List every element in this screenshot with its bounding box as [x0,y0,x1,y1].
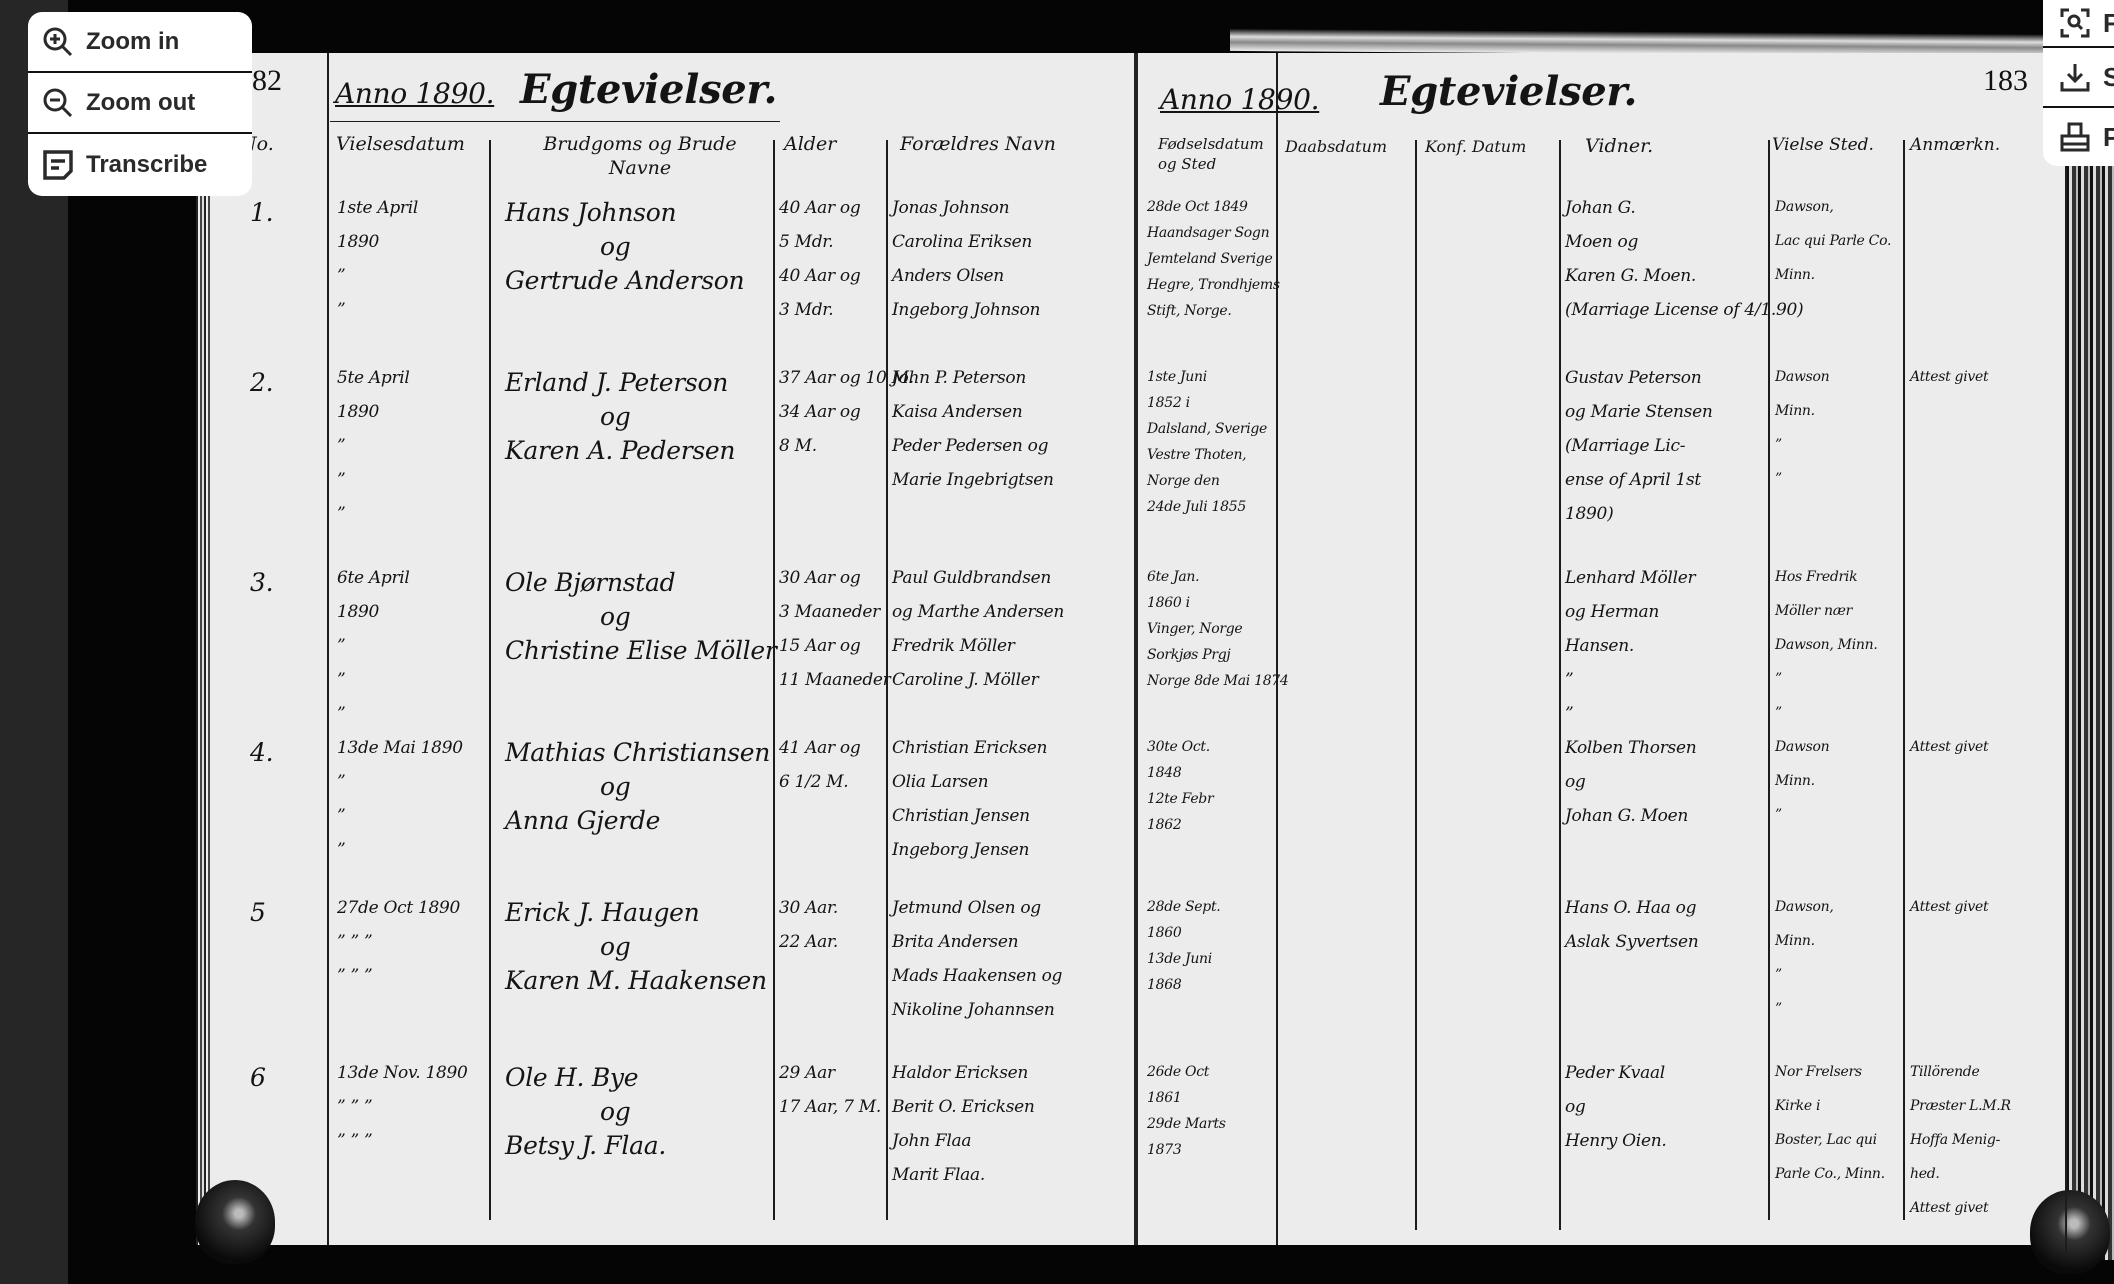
entry-names-line: og [600,234,630,259]
entry-remarks-line: Attest givet [1910,740,1988,754]
entry-remarks-line: Attest givet [1910,900,1988,914]
right-page-edge [2066,160,2114,1260]
entry-parents-line: Nikoline Johannsen [892,1002,1055,1019]
entry-birth-line: 1ste Juni [1147,370,1207,384]
column-divider [327,53,329,1245]
entry-names-line: Karen M. Haakensen [505,968,767,993]
entry-place-line: Minn. [1775,404,1815,418]
column-divider [489,140,491,1220]
entry-place-line: Möller nær [1775,604,1852,618]
header-parents: Forældres Navn [900,133,1056,155]
entry-witnesses-line: ” [1565,672,1573,689]
entry-place-line: ” [1775,472,1782,486]
print-icon [2059,121,2091,153]
entry-ages-line: 3 Mdr. [779,302,833,319]
page-clip-right [2030,1190,2110,1274]
entry-birth-line: Vinger, Norge [1147,622,1242,636]
entry-birth-line: Hegre, Trondhjems [1147,278,1280,292]
transcribe-label: Transcribe [86,151,207,179]
entry-birth-line: 26de Oct [1147,1065,1209,1079]
zoom-in-label: Zoom in [86,28,179,56]
entry-place-line: Lac qui Parle Co. [1775,234,1891,248]
column-divider [1276,53,1278,1245]
entry-place-line: ” [1775,808,1782,822]
header-confirmation: Konf. Datum [1425,137,1526,156]
entry-witnesses-line: Gustav Peterson [1565,370,1701,387]
entry-date-line: ” [337,774,345,791]
entry-date-line: ” ” ” [337,1133,372,1150]
entry-place-line: Minn. [1775,934,1815,948]
entry-names-line: Christine Elise Möller [505,638,777,663]
entry-date-line: ” [337,706,345,723]
page-title-right: Egtevielser. [1380,72,1637,112]
entry-date-line: ” [337,302,345,319]
title-year-left: Anno 1890. [335,80,494,108]
entry-ages-line: 15 Aar og [779,638,860,655]
entry-date-line: ” [337,438,345,455]
entry-parents-line: Caroline J. Möller [892,672,1038,689]
entry-place-line: Boster, Lac qui [1775,1133,1877,1147]
entry-witnesses-line: og Herman [1565,604,1659,621]
entry-witnesses-line: (Marriage Lic- [1565,438,1685,455]
viewer-actions-menu: F S P [2043,0,2114,166]
entry-place-line: Parle Co., Minn. [1775,1167,1885,1181]
entry-date-line: ” [337,268,345,285]
entry-parents-line: Paul Guldbrandsen [892,570,1051,587]
entry-witnesses-line: Johan G. Moen [1565,808,1688,825]
entry-date-line: ” [337,472,345,489]
entry-witnesses-line: Peder Kvaal [1565,1065,1665,1082]
entry-birth-line: 1861 [1147,1091,1181,1105]
viewer-tools-menu: Zoom in Zoom out Transcribe [28,12,252,196]
entry-date-line: ” [337,638,345,655]
entry-witnesses-line: Hansen. [1565,638,1634,655]
entry-names-line: og [600,774,630,799]
entry-witnesses-line: og Marie Stensen [1565,404,1713,421]
entry-place-line: ” [1775,968,1782,982]
page-clip-left [195,1180,275,1264]
entry-parents-line: og Marthe Andersen [892,604,1064,621]
entry-date-line: 1890 [337,234,379,251]
entry-parents-line: Carolina Eriksen [892,234,1032,251]
zoom-out-label: Zoom out [86,89,195,117]
fullscreen-label: F [2103,8,2114,39]
entry-date-line: 13de Nov. 1890 [337,1065,468,1082]
entry-ages-line: 8 M. [779,438,817,455]
entry-birth-line: 12te Febr [1147,792,1213,806]
entry-ages-line: 40 Aar og [779,268,860,285]
entry-parents-line: Marie Ingebrigtsen [892,472,1054,489]
entry-witnesses-line: (Marriage License of 4/1.90) [1565,302,1803,319]
entry-witnesses-line: 1890) [1565,506,1613,523]
entry-place-line: Dawson [1775,740,1829,754]
entry-parents-line: John P. Peterson [892,370,1026,387]
header-vielsesdatum: Vielsesdatum [336,133,465,155]
entry-birth-line: 28de Sept. [1147,900,1220,914]
entry-parents-line: Christian Ericksen [892,740,1047,757]
entry-date-line: 27de Oct 1890 [337,900,460,917]
entry-ages-line: 30 Aar og [779,570,860,587]
entry-date-line: 5te April [337,370,410,387]
entry-parents-line: Mads Haakensen og [892,968,1062,985]
entry-names-line: Ole Bjørnstad [505,570,675,595]
entry-place-line: Dawson, [1775,900,1834,914]
header-alder: Alder [784,133,836,155]
entry-parents-line: Anders Olsen [892,268,1004,285]
entry-number: 5 [250,900,266,925]
download-icon [2059,61,2091,93]
entry-birth-line: 1862 [1147,818,1181,832]
entry-place-line: Nor Frelsers [1775,1065,1862,1079]
print-button[interactable]: P [2043,108,2114,166]
entry-parents-line: John Flaa [892,1133,971,1150]
entry-remarks-line: hed. [1910,1167,1940,1181]
entry-parents-line: Haldor Ericksen [892,1065,1028,1082]
entry-parents-line: Kaisa Andersen [892,404,1022,421]
page-title-left: Egtevielser. [520,70,777,110]
zoom-out-icon [42,87,74,119]
entry-number: 2. [250,370,273,395]
entry-parents-line: Jonas Johnson [892,200,1009,217]
entry-place-line: Hos Fredrik [1775,570,1857,584]
entry-names-line: Erland J. Peterson [505,370,728,395]
ledger-book-image[interactable]: 82 Anno 1890. Egtevielser. No. Vielsesda… [0,0,2114,1284]
entry-birth-line: 24de Juli 1855 [1147,500,1246,514]
header-baptism: Daabsdatum [1285,137,1387,156]
transcribe-icon [42,149,74,181]
entry-parents-line: Ingeborg Johnson [892,302,1040,319]
header-remarks: Anmærkn. [1910,135,2000,155]
entry-witnesses-line: og [1565,774,1586,791]
entry-birth-line: 30te Oct. [1147,740,1210,754]
entry-ages-line: 34 Aar og [779,404,860,421]
entry-witnesses-line: Lenhard Möller [1565,570,1695,587]
entry-place-line: Dawson, Minn. [1775,638,1877,652]
entry-remarks-line: Attest givet [1910,370,1988,384]
entry-ages-line: 41 Aar og [779,740,860,757]
entry-names-line: Karen A. Pedersen [505,438,735,463]
entry-remarks-line: Attest givet [1910,1201,1988,1215]
entry-number: 6 [250,1065,266,1090]
entry-ages-line: 6 1/2 M. [779,774,848,791]
entry-date-line: 13de Mai 1890 [337,740,463,757]
entry-place-line: ” [1775,706,1782,720]
entry-date-line: 1ste April [337,200,418,217]
entry-birth-line: 1873 [1147,1143,1181,1157]
entry-date-line: ” [337,808,345,825]
entry-date-line: 1890 [337,604,379,621]
left-page-edge [196,53,210,1245]
entry-place-line: ” [1775,672,1782,686]
column-divider [773,140,775,1220]
column-divider [1559,140,1561,1230]
entry-names-line: Hans Johnson [505,200,676,225]
entry-names-line: Anna Gjerde [505,808,660,833]
entry-witnesses-line: ense of April 1st [1565,472,1701,489]
entry-names-line: Mathias Christiansen [505,740,770,765]
save-button[interactable]: S [2043,48,2114,108]
entry-date-line: ” ” ” [337,934,372,951]
entry-number: 3. [250,570,273,595]
entry-witnesses-line: Moen og [1565,234,1638,251]
entry-parents-line: Christian Jensen [892,808,1030,825]
header-birth: Fødselsdatum og Sted [1158,135,1274,174]
entry-birth-line: Vestre Thoten, [1147,448,1246,462]
entry-date-line: 6te April [337,570,410,587]
entry-witnesses-line: Johan G. [1565,200,1635,217]
entry-ages-line: 17 Aar, 7 M. [779,1099,881,1116]
entry-birth-line: 1868 [1147,978,1181,992]
entry-parents-line: Peder Pedersen og [892,438,1048,455]
entry-ages-line: 22 Aar. [779,934,838,951]
entry-witnesses-line: ” [1565,706,1573,723]
entry-birth-line: 6te Jan. [1147,570,1199,584]
entry-place-line: Minn. [1775,268,1815,282]
entry-ages-line: 30 Aar. [779,900,838,917]
transcribe-button[interactable]: Transcribe [28,134,252,195]
entry-witnesses-line: Henry Oien. [1565,1133,1666,1150]
entry-birth-line: 13de Juni [1147,952,1212,966]
header-witnesses: Vidner. [1585,135,1653,157]
entry-names-line: og [600,404,630,429]
entry-parents-line: Marit Flaa. [892,1167,985,1184]
entry-witnesses-line: og [1565,1099,1586,1116]
entry-place-line: ” [1775,1002,1782,1016]
entry-witnesses-line: Karen G. Moen. [1565,268,1696,285]
entry-names-line: Betsy J. Flaa. [505,1133,666,1158]
zoom-out-button[interactable]: Zoom out [28,73,252,134]
entry-remarks-line: Tillörende [1910,1065,1979,1079]
entry-ages-line: 40 Aar og [779,200,860,217]
entry-birth-line: 1852 i [1147,396,1190,410]
entry-witnesses-line: Kolben Thorsen [1565,740,1696,757]
entry-names-line: og [600,934,630,959]
header-names: Brudgoms og Brude Navne [515,133,765,181]
column-divider [1415,140,1417,1230]
entry-date-line: ” ” ” [337,1099,372,1116]
entry-ages-line: 11 Maaneder [779,672,891,689]
entry-birth-line: 1860 i [1147,596,1190,610]
entry-birth-line: 1860 [1147,926,1181,940]
entry-parents-line: Berit O. Ericksen [892,1099,1035,1116]
entry-names-line: Erick J. Haugen [505,900,699,925]
entry-witnesses-line: Aslak Syvertsen [1565,934,1698,951]
entry-birth-line: Norge den [1147,474,1220,488]
title-year-right: Anno 1890. [1160,86,1319,114]
entry-date-line: ” ” ” [337,968,372,985]
entry-place-line: ” [1775,438,1782,452]
entry-date-line: ” [337,506,345,523]
entry-remarks-line: Præster L.M.R [1910,1099,2011,1113]
entry-birth-line: Norge 8de Mai 1874 [1147,674,1289,688]
entry-parents-line: Jetmund Olsen og [892,900,1041,917]
entry-names-line: og [600,604,630,629]
page-number-left: 82 [252,64,282,98]
fullscreen-search-icon [2059,7,2091,39]
entry-ages-line: 5 Mdr. [779,234,833,251]
fullscreen-button[interactable]: F [2043,0,2114,48]
title-underline [330,121,780,122]
entry-birth-line: Dalsland, Sverige [1147,422,1267,436]
page-number-right: 183 [1983,64,2028,98]
column-divider [1903,140,1905,1220]
entry-remarks-line: Hoffa Menig- [1910,1133,2000,1147]
entry-number: 1. [250,200,273,225]
entry-place-line: Minn. [1775,774,1815,788]
entry-date-line: ” [337,672,345,689]
entry-birth-line: Jemteland Sverige [1147,252,1272,266]
save-label: S [2103,62,2114,93]
entry-birth-line: Stift, Norge. [1147,304,1232,318]
entry-date-line: ” [337,842,345,859]
zoom-in-icon [42,26,74,58]
entry-names-line: Ole H. Bye [505,1065,638,1090]
book-gutter [1134,53,1138,1245]
entry-ages-line: 29 Aar [779,1065,835,1082]
zoom-in-button[interactable]: Zoom in [28,12,252,73]
entry-birth-line: 29de Marts [1147,1117,1226,1131]
print-label: P [2103,122,2114,153]
entry-place-line: Dawson [1775,370,1829,384]
entry-number: 4. [250,740,273,765]
header-place: Vielse Sted. [1772,135,1874,155]
entry-parents-line: Fredrik Möller [892,638,1015,655]
entry-parents-line: Olia Larsen [892,774,988,791]
entry-birth-line: 28de Oct 1849 [1147,200,1248,214]
entry-parents-line: Ingeborg Jensen [892,842,1029,859]
column-divider [2065,53,2067,1253]
entry-birth-line: Sorkjøs Prgj [1147,648,1230,662]
entry-witnesses-line: Hans O. Haa og [1565,900,1696,917]
entry-parents-line: Brita Andersen [892,934,1018,951]
entry-place-line: Dawson, [1775,200,1834,214]
entry-place-line: Kirke i [1775,1099,1820,1113]
entry-names-line: Gertrude Anderson [505,268,744,293]
entry-ages-line: 3 Maaneder [779,604,880,621]
entry-names-line: og [600,1099,630,1124]
entry-birth-line: Haandsager Sogn [1147,226,1269,240]
entry-date-line: 1890 [337,404,379,421]
entry-birth-line: 1848 [1147,766,1181,780]
